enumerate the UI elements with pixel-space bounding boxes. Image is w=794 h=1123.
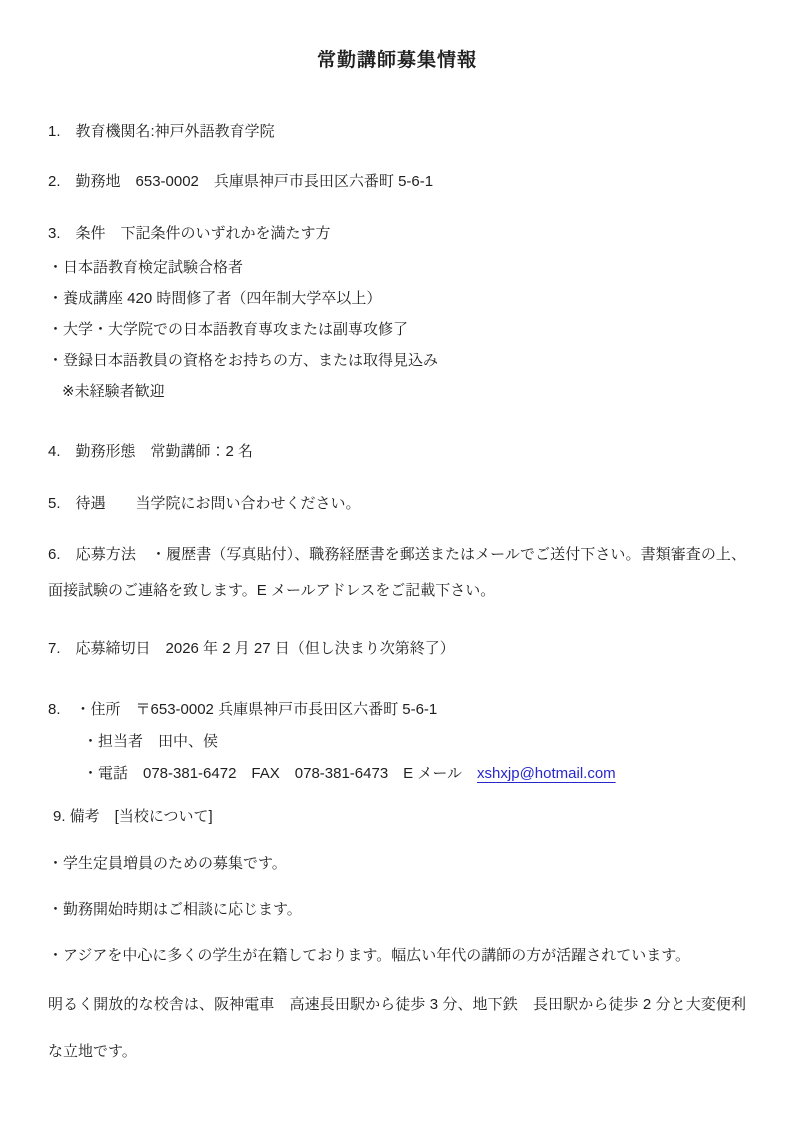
document-page: 常勤講師募集情報 1. 教育機関名:神戸外語教育学院 2. 勤務地 653-00…: [0, 0, 794, 1123]
item-application-deadline: 7. 応募締切日 2026 年 2 月 27 日（但し決まり次第終了）: [48, 638, 746, 660]
contact-phone-line: ・電話 078-381-6472 FAX 078-381-6473 E メール …: [48, 758, 746, 790]
item-work-location: 2. 勤務地 653-0002 兵庫県神戸市長田区六番町 5-6-1: [48, 171, 746, 193]
remarks-bullet-students: ・アジアを中心に多くの学生が在籍しております。幅広い年代の講師の方が活躍されてい…: [48, 945, 746, 967]
remarks-bullet-recruiting: ・学生定員増員のための募集です。: [48, 853, 746, 875]
condition-bullet-license: ・登録日本語教員の資格をお持ちの方、または取得見込み: [48, 350, 746, 372]
condition-bullet-exam: ・日本語教育検定試験合格者: [48, 257, 746, 279]
page-title: 常勤講師募集情報: [48, 48, 746, 74]
contact-person: ・担当者 田中、侯: [48, 726, 746, 758]
item-compensation: 5. 待遇 当学院にお問い合わせください。: [48, 493, 746, 515]
remarks-bullet-start-date: ・勤務開始時期はご相談に応じます。: [48, 899, 746, 921]
item-conditions-heading: 3. 条件 下記条件のいずれかを満たす方: [48, 223, 746, 245]
item-employment-type: 4. 勤務形態 常勤講師：2 名: [48, 441, 746, 463]
item-institution-name: 1. 教育機関名:神戸外語教育学院: [48, 121, 746, 143]
condition-bullet-course: ・養成講座 420 時間修了者（四年制大学卒以上）: [48, 288, 746, 310]
item-remarks-heading: 9. 備考 [当校について]: [48, 806, 746, 828]
contact-address: 8. ・住所 〒653-0002 兵庫県神戸市長田区六番町 5-6-1: [48, 694, 746, 726]
email-link[interactable]: xshxjp@hotmail.com: [477, 765, 616, 782]
item-application-method: 6. 応募方法 ・履歴書（写真貼付）、職務経歴書を郵送またはメールでご送付下さい…: [48, 537, 746, 609]
contact-info-group: 8. ・住所 〒653-0002 兵庫県神戸市長田区六番町 5-6-1 ・担当者…: [48, 694, 746, 790]
remarks-access-paragraph: 明るく開放的な校舎は、阪神電車 高速長田駅から徒歩 3 分、地下鉄 長田駅から徒…: [48, 981, 746, 1075]
condition-bullet-major: ・大学・大学院での日本語教育専攻または副専攻修了: [48, 319, 746, 341]
condition-note-no-experience: ※未経験者歓迎: [48, 381, 746, 403]
contact-phone-fax: ・電話 078-381-6472 FAX 078-381-6473 E メール: [83, 765, 477, 782]
